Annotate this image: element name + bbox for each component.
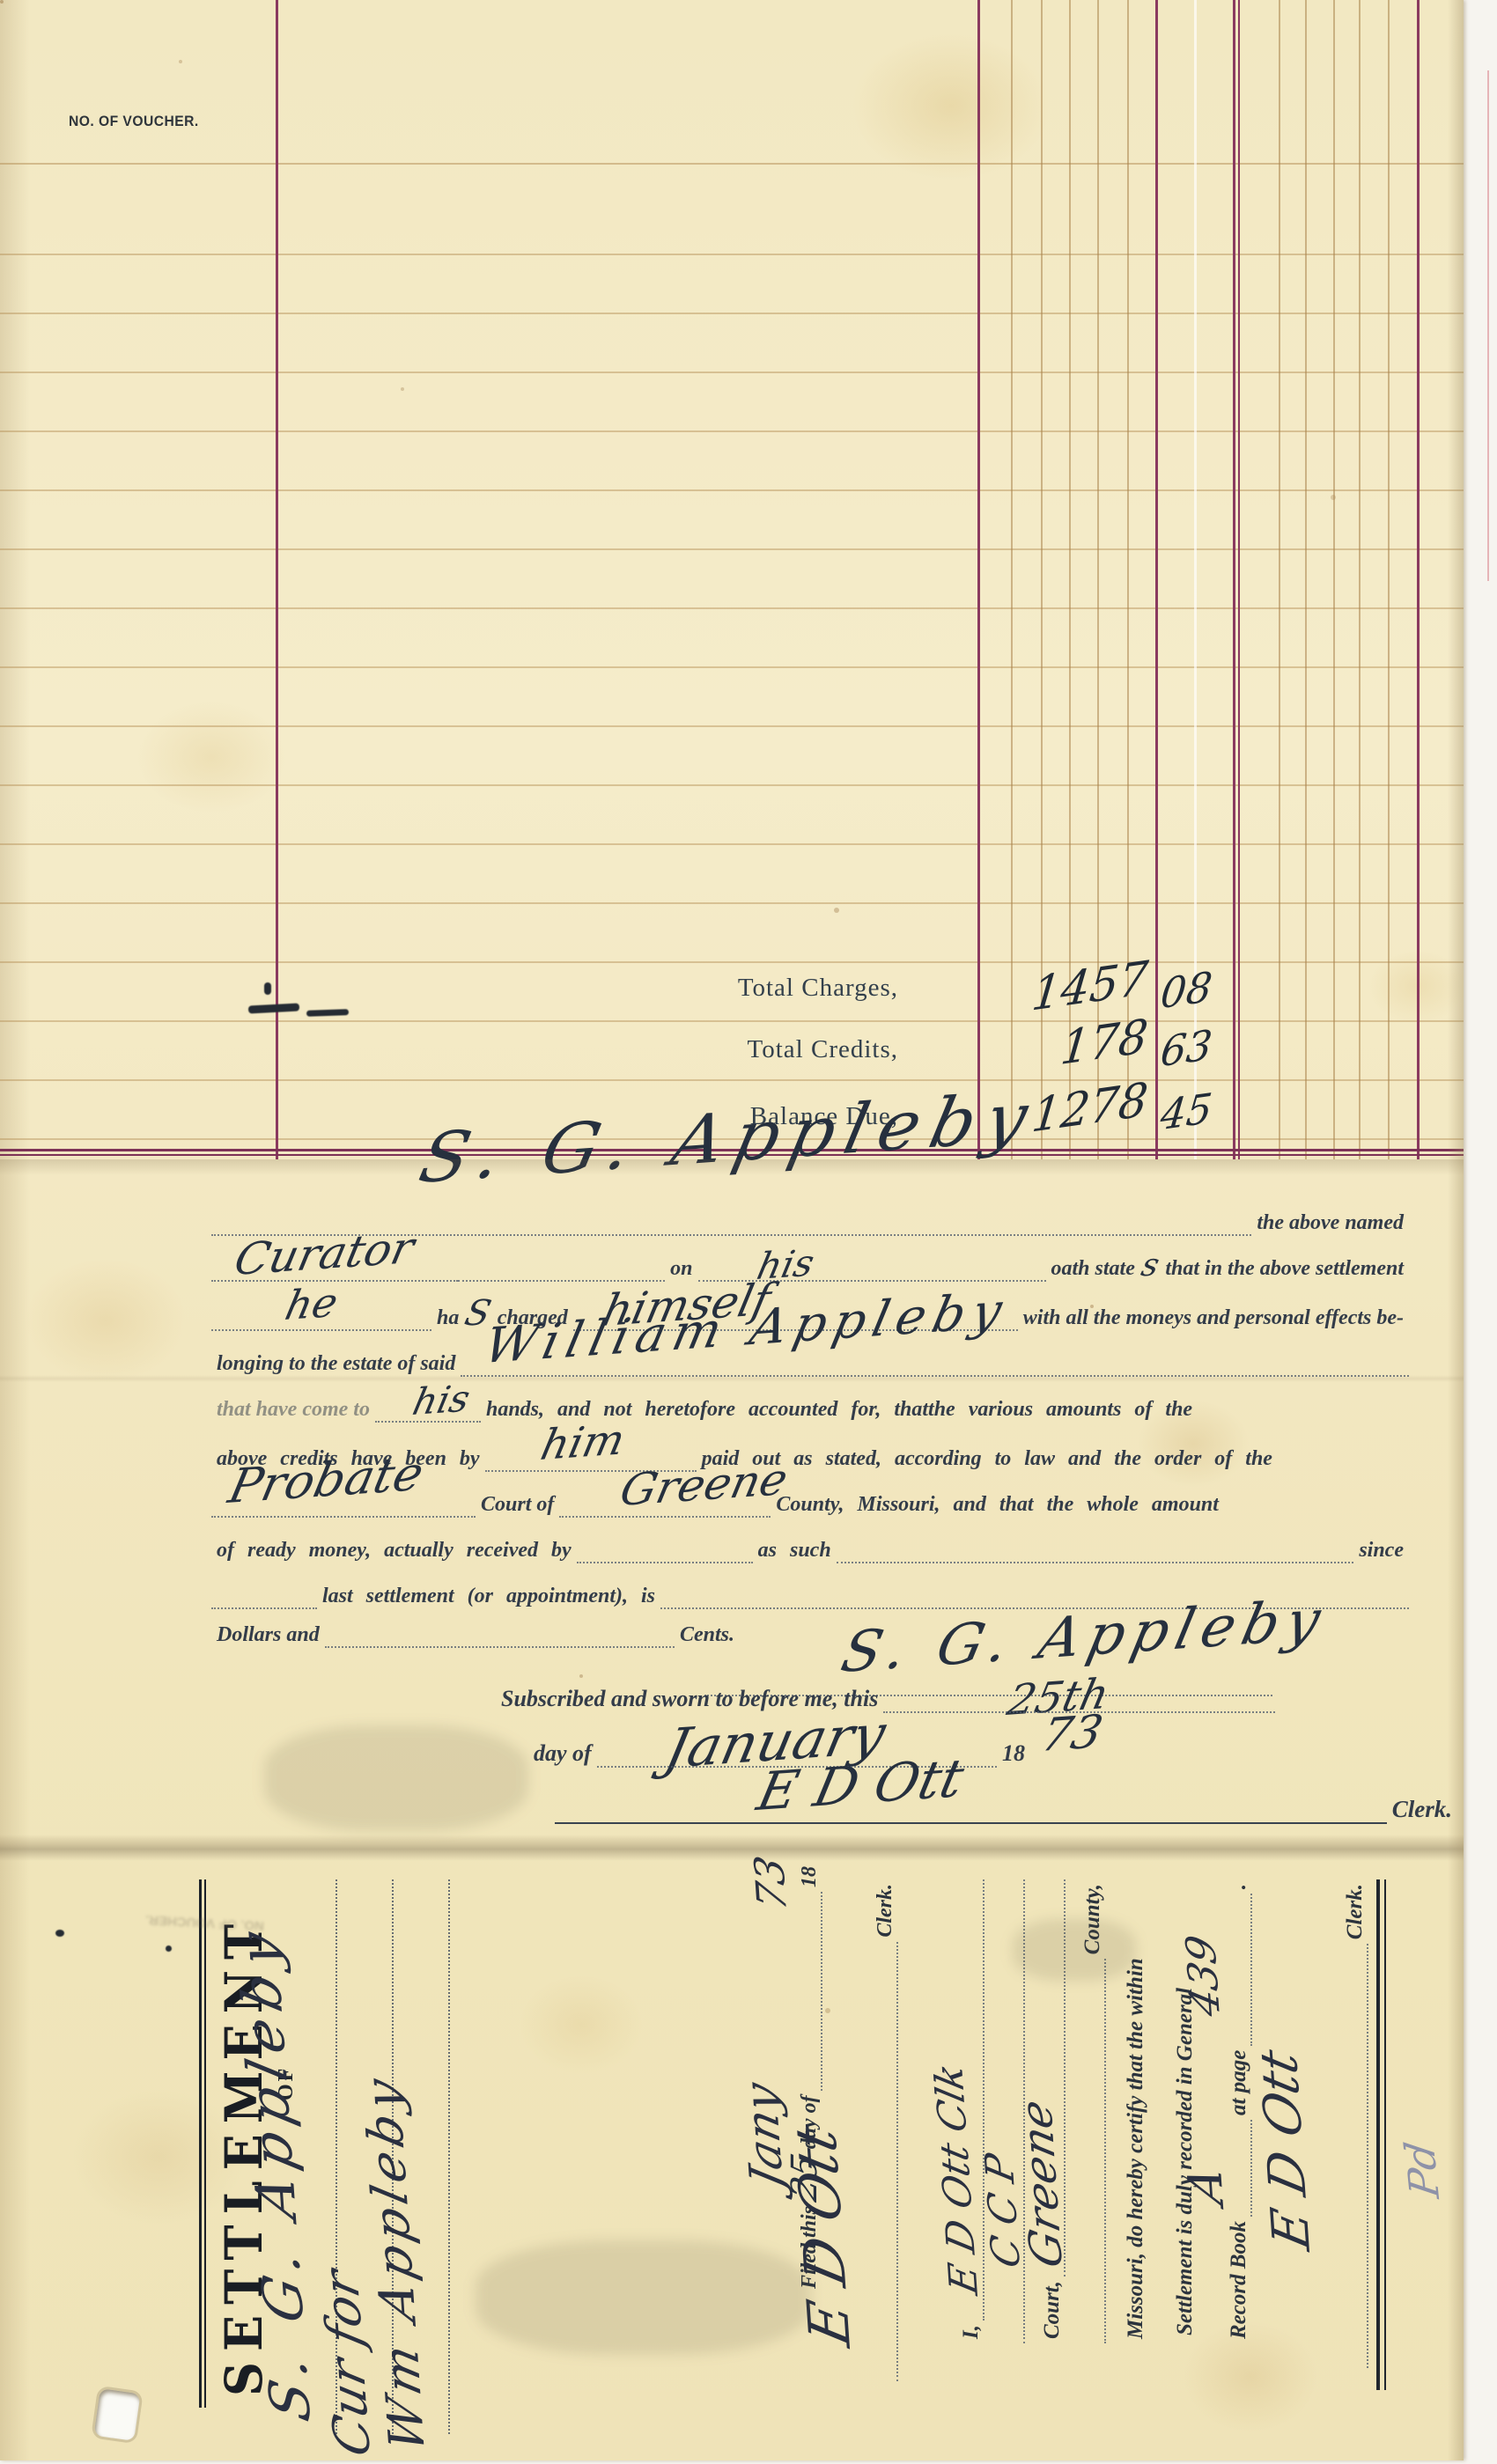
printed-oath-rest: that in the above settlement <box>1160 1257 1409 1282</box>
dotted-leader <box>325 1645 675 1648</box>
printed-at-page: at page <box>1227 2046 1252 2120</box>
cents-column-rule <box>1155 0 1158 1159</box>
bleed-through-ghost <box>1013 1919 1136 1981</box>
filed-year: 73 <box>748 1852 793 1914</box>
affidavit-line-4: longing to the estate of said <box>211 1349 1409 1377</box>
printed-clerk: Clerk. <box>1343 1879 1368 1944</box>
digit-rule <box>1305 0 1307 1159</box>
amount-column-rule <box>977 0 980 1159</box>
pencil-note: Pd <box>1396 2139 1449 2200</box>
ink-speck <box>166 1945 172 1952</box>
printed-come-to: that have come to <box>211 1398 375 1423</box>
dotted-leader <box>458 1279 665 1282</box>
clerk-signature-line: Clerk. <box>555 1796 1457 1824</box>
digit-rule <box>1388 0 1390 1159</box>
printed-ha: ha <box>431 1306 464 1331</box>
printed-court: Court, <box>1040 2276 1066 2343</box>
bleed-through-ghost <box>264 1725 528 1831</box>
filed-month: Jany <box>738 2079 791 2192</box>
printed-since: since <box>1353 1539 1409 1563</box>
ink-smudge <box>264 982 271 995</box>
paper-right-edge-shadow <box>1448 0 1464 2460</box>
dotted-leader <box>896 1942 898 2381</box>
dotted-leader <box>820 1892 822 2091</box>
total-charges-label: Total Charges, <box>564 974 898 1003</box>
digit-rule <box>1359 0 1361 1159</box>
printed-above-named: the above named <box>1251 1211 1409 1236</box>
fold-crease <box>0 1159 1464 1175</box>
ink-speck <box>55 1930 64 1937</box>
ledger-row-rules <box>0 254 1464 1144</box>
total-credits-label: Total Credits, <box>564 1035 898 1064</box>
punch-hole <box>93 2388 140 2441</box>
printed-longing: longing to the estate of said <box>211 1352 461 1377</box>
affidavit-line-7: Court of County, Missouri, and that the … <box>211 1489 1409 1518</box>
fold-crease <box>0 1375 1464 1382</box>
printed-paid: paid out as stated, according to law and… <box>697 1447 1409 1472</box>
panel-dotted-line <box>447 1879 450 2434</box>
printed-18: 18 <box>798 1862 822 1892</box>
printed-i: I, <box>959 2321 984 2343</box>
digit-rule <box>1333 0 1335 1159</box>
dotted-leader <box>211 1515 476 1518</box>
printed-effects: with all the moneys and personal effects… <box>1018 1306 1409 1331</box>
affidavit-line-5: that have come to hands, and not heretof… <box>211 1394 1409 1423</box>
dotted-leader <box>375 1420 481 1423</box>
filed-clerk-line: Clerk. <box>868 1879 898 2381</box>
printed-record-book: Record Book <box>1227 2217 1252 2343</box>
printed-day-of: day of <box>528 1740 597 1768</box>
second-amount-rule <box>1238 0 1240 1159</box>
ledger-header-rule <box>0 163 1464 165</box>
cert-clerk-line: Clerk. <box>1338 1879 1368 2368</box>
printed-last-settlement: last settlement (or appointment), is <box>317 1585 660 1609</box>
cert-page-number: 439 <box>1180 1932 1226 2019</box>
printed-18: 18 <box>997 1740 1030 1768</box>
paper-sheet: NO. OF VOUCHER. Total Charges, Total Cre… <box>0 0 1464 2460</box>
affidavit-line-8: of ready money, actually received by as … <box>211 1535 1409 1563</box>
cert-line-missouri: Missouri, do hereby certify that the wit… <box>1124 1953 1149 2343</box>
panel-end-rule <box>1376 1879 1386 2390</box>
printed-on: on <box>665 1257 697 1282</box>
digit-rule <box>1279 0 1280 1159</box>
cert-clerk-signature: E D Ott <box>1253 2046 1317 2254</box>
signature-rule <box>555 1821 1387 1824</box>
voucher-column-header: NO. OF VOUCHER. <box>69 113 199 130</box>
printed-court-of: Court of <box>476 1493 559 1518</box>
dotted-leader <box>1103 1959 1106 2343</box>
dotted-leader <box>211 1607 317 1609</box>
dotted-leader <box>1250 2120 1252 2217</box>
printed-clerk: Clerk. <box>1387 1796 1457 1824</box>
printed-cents: Cents. <box>675 1623 740 1648</box>
fill-year: 73 <box>1037 1710 1107 1759</box>
affidavit-line-2: on oath state s that in the above settle… <box>211 1254 1409 1282</box>
right-column-rule <box>1417 0 1420 1159</box>
dotted-leader <box>211 1328 431 1331</box>
dotted-leader <box>559 1515 771 1518</box>
printed-as-such: as such <box>753 1539 837 1563</box>
cert-line-1: I, <box>955 1879 984 2343</box>
cert-record-line: Record Book at page . <box>1222 1879 1252 2343</box>
printed-oath: oath state <box>1046 1257 1140 1282</box>
title-double-rule <box>199 1879 206 2408</box>
scan-edge-red-line <box>1487 70 1489 581</box>
dotted-leader <box>837 1561 1354 1563</box>
dotted-leader <box>577 1561 753 1563</box>
printed-ready-money: of ready money, actually received by <box>211 1539 577 1563</box>
printed-county-mo: County, Missouri, and that the whole amo… <box>771 1493 1409 1518</box>
paper-specks <box>0 0 4 4</box>
dotted-leader <box>1250 1894 1252 2045</box>
dotted-leader <box>1366 1944 1368 2368</box>
bleed-through-ghost <box>476 2240 810 2355</box>
affidavit-line-10: Dollars and Cents. <box>211 1620 740 1648</box>
fold-crease <box>0 1835 1464 1861</box>
printed-period: . <box>1227 1879 1252 1894</box>
printed-dollars: Dollars and <box>211 1623 325 1648</box>
scanned-document: NO. OF VOUCHER. Total Charges, Total Cre… <box>0 0 1497 2464</box>
printed-clerk: Clerk. <box>874 1879 898 1942</box>
voucher-column-rule <box>276 0 278 1159</box>
